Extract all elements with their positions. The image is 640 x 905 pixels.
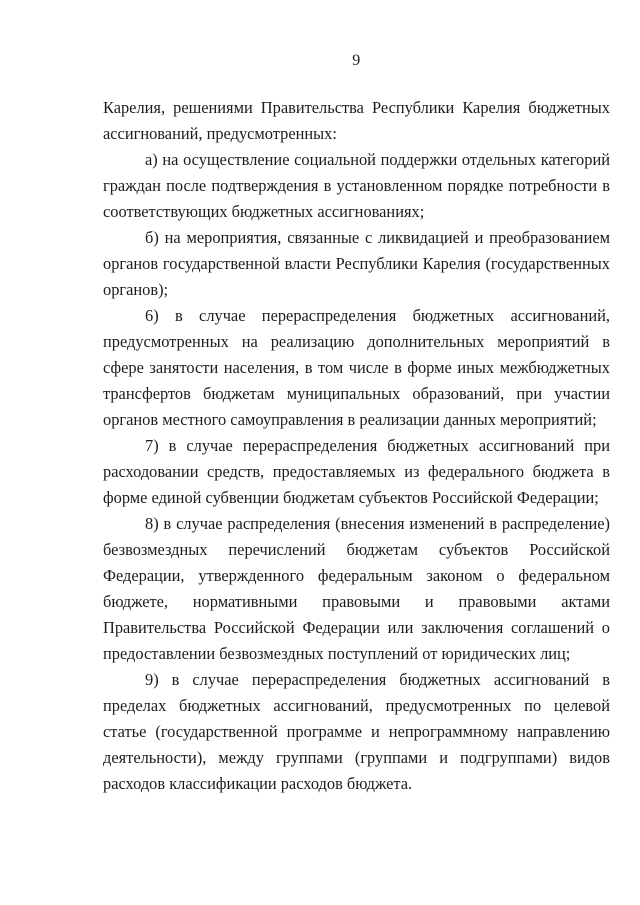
paragraph-item-8: 8) в случае распределения (внесения изме…: [103, 511, 610, 667]
scanned-document-page: 9 Карелия, решениями Правительства Респу…: [0, 0, 640, 905]
paragraph-continuation: Карелия, решениями Правительства Республ…: [103, 95, 610, 147]
paragraph-item-9: 9) в случае перераспределения бюджетных …: [103, 667, 610, 797]
paragraph-item-6: 6) в случае перераспределения бюджетных …: [103, 303, 610, 433]
document-body-text: Карелия, решениями Правительства Республ…: [103, 95, 610, 797]
paragraph-item-a: а) на осуществление социальной поддержки…: [103, 147, 610, 225]
page-number: 9: [103, 52, 610, 70]
paragraph-item-b: б) на мероприятия, связанные с ликвидаци…: [103, 225, 610, 303]
paragraph-item-7: 7) в случае перераспределения бюджетных …: [103, 433, 610, 511]
